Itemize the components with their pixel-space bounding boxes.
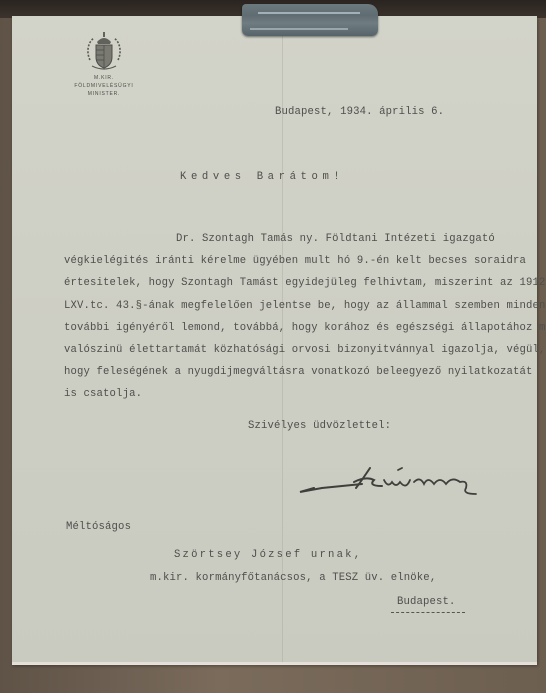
body-line-5: további igényéről lemond, továbbá, hogy … [64, 322, 546, 334]
body-line-1: Dr. Szontagh Tamás ny. Földtani Intézeti… [176, 233, 495, 245]
letterhead: M.KIR. FÖLDMIVELÉSÜGYI MINISTER. [66, 30, 142, 98]
addressee-title: m.kir. kormányfőtanácsos, a TESZ üv. eln… [150, 572, 436, 584]
addressee-name: Szörtsey József urnak, [174, 549, 362, 561]
body-line-4: LXV.tc. 43.§-ának megfelelően jelentse b… [64, 300, 546, 312]
date-line: Budapest, 1934. április 6. [275, 106, 444, 118]
city-underline [391, 612, 465, 613]
addressee-honorific: Méltóságos [66, 521, 131, 533]
body-line-8: is csatolja. [64, 388, 142, 400]
letterhead-line-3: MINISTER. [66, 90, 142, 98]
body-line-2: végkielégités iránti kérelme ügyében mul… [64, 255, 526, 267]
coat-of-arms-icon [82, 30, 126, 74]
letterhead-line-2: FÖLDMIVELÉSÜGYI [66, 82, 142, 90]
addressee-city: Budapest. [397, 596, 456, 608]
body-line-6: valószinü élettartamát közhatósági orvos… [64, 344, 546, 356]
closing-line: Szivélyes üdvözlettel: [248, 420, 391, 432]
body-line-7: hogy feleségének a nyugdijmegváltásra vo… [64, 366, 533, 378]
salutation: Kedves Barátom! [180, 171, 344, 183]
body-line-3: értesitelek, hogy Szontagh Tamást egyide… [64, 277, 546, 289]
letterhead-line-1: M.KIR. [66, 74, 142, 82]
signature-icon [292, 458, 512, 508]
metal-clip [242, 4, 378, 36]
